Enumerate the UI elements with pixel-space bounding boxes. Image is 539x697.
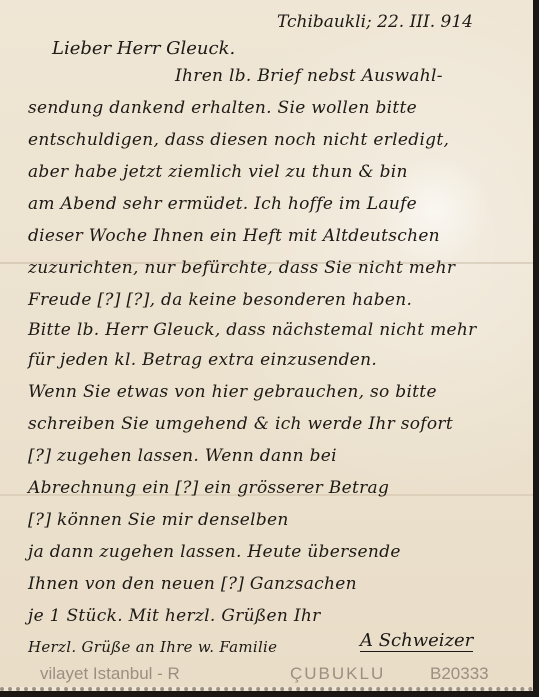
body-line: zuzurichten, nur befürchte, dass Sie nic… [28,258,455,278]
body-line: Bitte lb. Herr Gleuck, dass nächstemal n… [28,320,477,340]
body-line: [?] zugehen lassen. Wenn dann bei [28,446,337,466]
body-line: je 1 Stück. Mit herzl. Grüßen Ihr [28,606,321,626]
body-line: Freude [?] [?], da keine besonderen habe… [28,290,412,310]
letter-page: Tchibaukli; 22. III. 914 Lieber Herr Gle… [0,0,533,691]
body-line: schreiben Sie umgehend & ich werde Ihr s… [28,414,453,434]
body-line: [?] können Sie mir denselben [28,510,289,530]
closing: Herzl. Grüße an Ihre w. Familie [28,638,277,656]
pencil-annotation-location: vilayet Istanbul - R [40,664,180,684]
body-line: ja dann zugehen lassen. Heute übersende [28,542,401,562]
body-line: Ihnen von den neuen [?] Ganzsachen [28,574,357,594]
body-line: Abrechnung ein [?] ein grösserer Betrag [28,478,389,498]
pencil-annotation-number: B20333 [430,664,489,684]
body-line: für jeden kl. Betrag extra einzusenden. [28,350,377,370]
greeting: Lieber Herr Gleuck. [52,38,235,59]
body-line: entschuldigen, dass diesen noch nicht er… [28,130,449,150]
body-line: aber habe jetzt ziemlich viel zu thun & … [28,162,408,182]
signature: A Schweizer [360,630,473,652]
place-date: Tchibaukli; 22. III. 914 [277,12,473,32]
pencil-annotation-place: ÇUBUKLU [290,664,385,684]
body-line: Wenn Sie etwas von hier gebrauchen, so b… [28,382,437,402]
body-line: dieser Woche Ihnen ein Heft mit Altdeuts… [28,226,440,246]
body-line: Ihren lb. Brief nebst Auswahl- [175,66,443,86]
body-line: sendung dankend erhalten. Sie wollen bit… [28,98,417,118]
body-line: am Abend sehr ermüdet. Ich hoffe im Lauf… [28,194,417,214]
